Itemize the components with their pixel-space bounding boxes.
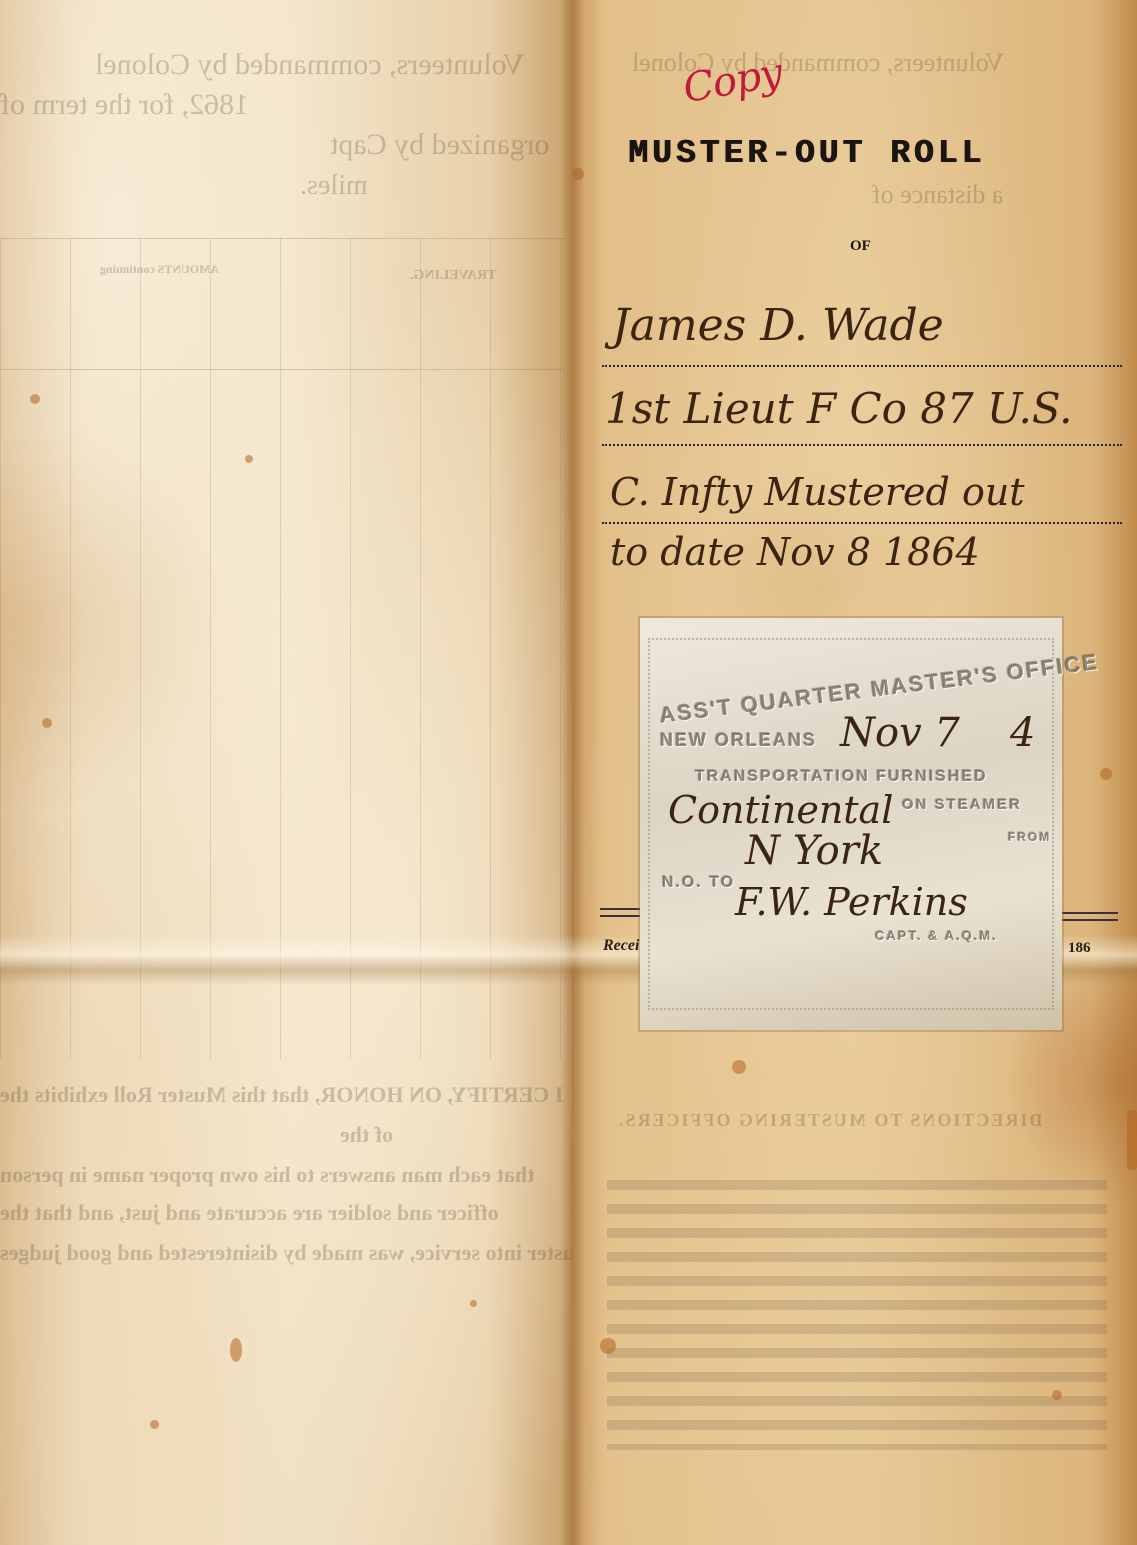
stamp-year-digit: 4 [1010, 710, 1035, 756]
handwritten-unit: C. Infty Mustered out [610, 470, 1025, 514]
stamp-signature-title: CAPT. & A.Q.M. [875, 928, 998, 943]
form-of-label: OF [850, 238, 871, 255]
bleed-table-header: TRAVELING. [410, 268, 497, 284]
bleed-text: I CERTIFY, ON HONOR, that this Muster Ro… [0, 1082, 563, 1108]
stamp-date: Nov 7 [840, 710, 960, 756]
handwritten-name: James D. Wade [612, 300, 944, 351]
stamp-destination: N York [745, 828, 883, 874]
handwritten-date: to date Nov 8 1864 [610, 530, 980, 574]
stamp-signature: F.W. Perkins [735, 880, 968, 924]
stamp-from-label: FROM [1008, 830, 1051, 844]
stamp-transport: TRANSPORTATION FURNISHED [695, 768, 988, 786]
received-label: Recei [603, 937, 639, 955]
bleed-text: muster into service, was made by disinte… [0, 1240, 572, 1266]
bleed-text: that each man answers to his own proper … [0, 1162, 535, 1188]
embossed-stamp-slip: ASS'T QUARTER MASTER'S OFFICE NEW ORLEAN… [640, 618, 1062, 1030]
bleed-text: a distance of [872, 180, 1003, 210]
stamp-steamer-name: Continental [668, 788, 893, 832]
bleed-text: officer and soldier are accurate and jus… [0, 1200, 499, 1226]
bleed-heading: DIRECTIONS TO MUSTERING OFFICERS. [617, 1110, 1042, 1131]
bleed-text: organized by Capt [330, 128, 549, 162]
entry-line [602, 365, 1122, 367]
stamp-steamer-label: ON STEAMER [902, 796, 1022, 813]
center-fold [560, 0, 584, 1545]
rule [1060, 912, 1118, 921]
entry-line [602, 444, 1122, 446]
year-prefix: 186 [1068, 940, 1091, 957]
rule [600, 908, 645, 917]
handwritten-rank: 1st Lieut F Co 87 U.S. [605, 384, 1073, 433]
bleed-table-header: AMOUNTS continuing [100, 262, 219, 277]
bleed-text: miles. [300, 170, 368, 202]
form-title: MUSTER-OUT ROLL [628, 135, 1108, 172]
stamp-origin-label: N.O. TO [662, 874, 735, 892]
stamp-city: NEW ORLEANS [660, 730, 817, 751]
entry-line [602, 522, 1122, 524]
bleed-text: 1862, for the term of [0, 88, 249, 122]
left-page: Volunteers, commanded by Colonel 1862, f… [0, 0, 572, 1545]
bleed-text: of the [340, 1122, 393, 1148]
bleed-paragraph [607, 1180, 1107, 1450]
bleed-text: Volunteers, commanded by Colonel [95, 48, 524, 82]
